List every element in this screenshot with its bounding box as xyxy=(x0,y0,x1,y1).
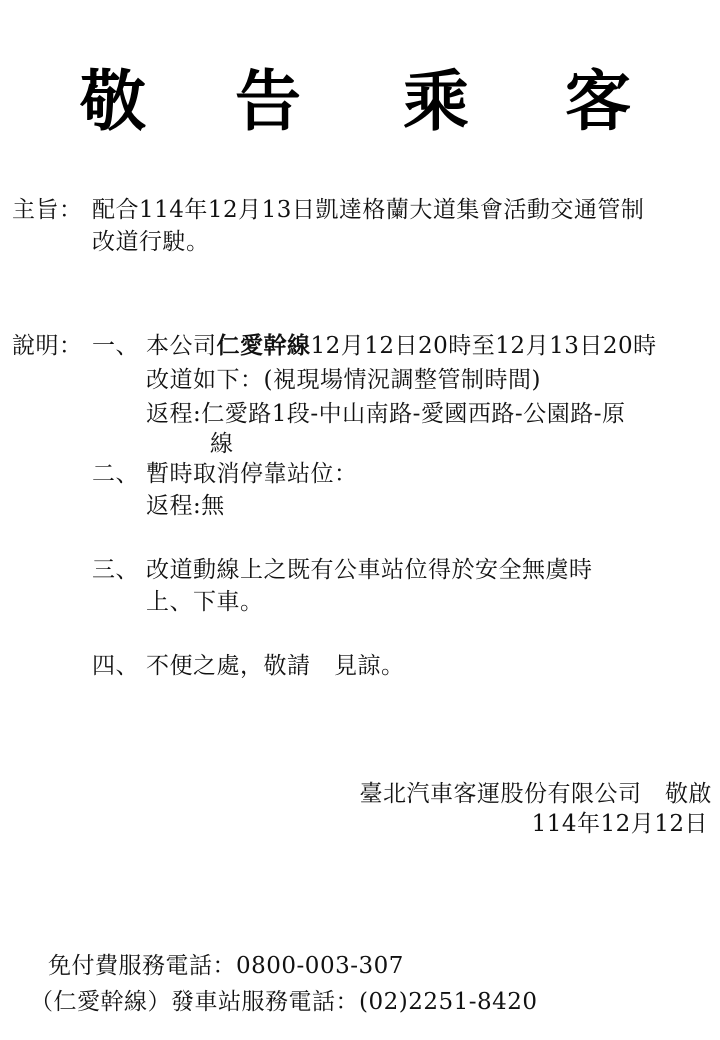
route-name: 仁愛幹線 xyxy=(217,332,311,359)
item-1-line-1: 本公司仁愛幹線12月12日20時至12月13日20時 xyxy=(146,330,657,362)
item-3-marker: 三、 xyxy=(92,554,139,586)
signature-date: 114年12月12日 xyxy=(532,808,708,840)
toll-free-phone: 免付費服務電話：0800-003-307 xyxy=(48,950,404,982)
item-1-marker: 一、 xyxy=(92,330,139,362)
item-1-line-4: 線 xyxy=(210,428,234,460)
item-1-suffix: 12月12日20時至12月13日20時 xyxy=(311,333,657,359)
title-char-2: 告 xyxy=(235,62,301,142)
item-1-line-2: 改道如下：(視現場情況調整管制時間) xyxy=(146,364,541,396)
title-char-1: 敬 xyxy=(80,62,146,142)
title-char-3: 乘 xyxy=(403,62,469,142)
explanation-label: 說明： xyxy=(12,330,83,362)
notice-title: 敬 告 乘 客 xyxy=(0,62,720,142)
title-char-4: 客 xyxy=(565,62,631,142)
signature-company: 臺北汽車客運股份有限公司 敬啟 xyxy=(360,778,713,810)
item-1-prefix: 本公司 xyxy=(146,333,217,359)
item-3-line-2: 上、下車。 xyxy=(146,586,264,618)
item-2-line-2: 返程:無 xyxy=(146,490,225,522)
station-phone: （仁愛幹線）發車站服務電話：(02)2251-8420 xyxy=(30,986,538,1018)
item-3-line-1: 改道動線上之既有公車站位得於安全無虞時 xyxy=(146,554,593,586)
subject-line-1: 配合114年12月13日凱達格蘭大道集會活動交通管制 xyxy=(92,194,644,226)
subject-line-2: 改道行駛。 xyxy=(92,226,210,258)
item-4-line-1: 不便之處，敬請 見諒。 xyxy=(146,650,405,682)
item-1-line-3: 返程:仁愛路1段-中山南路-愛國西路-公園路-原 xyxy=(146,398,625,430)
item-2-marker: 二、 xyxy=(92,458,139,490)
item-4-marker: 四、 xyxy=(92,650,139,682)
subject-label: 主旨： xyxy=(12,194,83,226)
item-2-line-1: 暫時取消停靠站位： xyxy=(146,458,358,490)
